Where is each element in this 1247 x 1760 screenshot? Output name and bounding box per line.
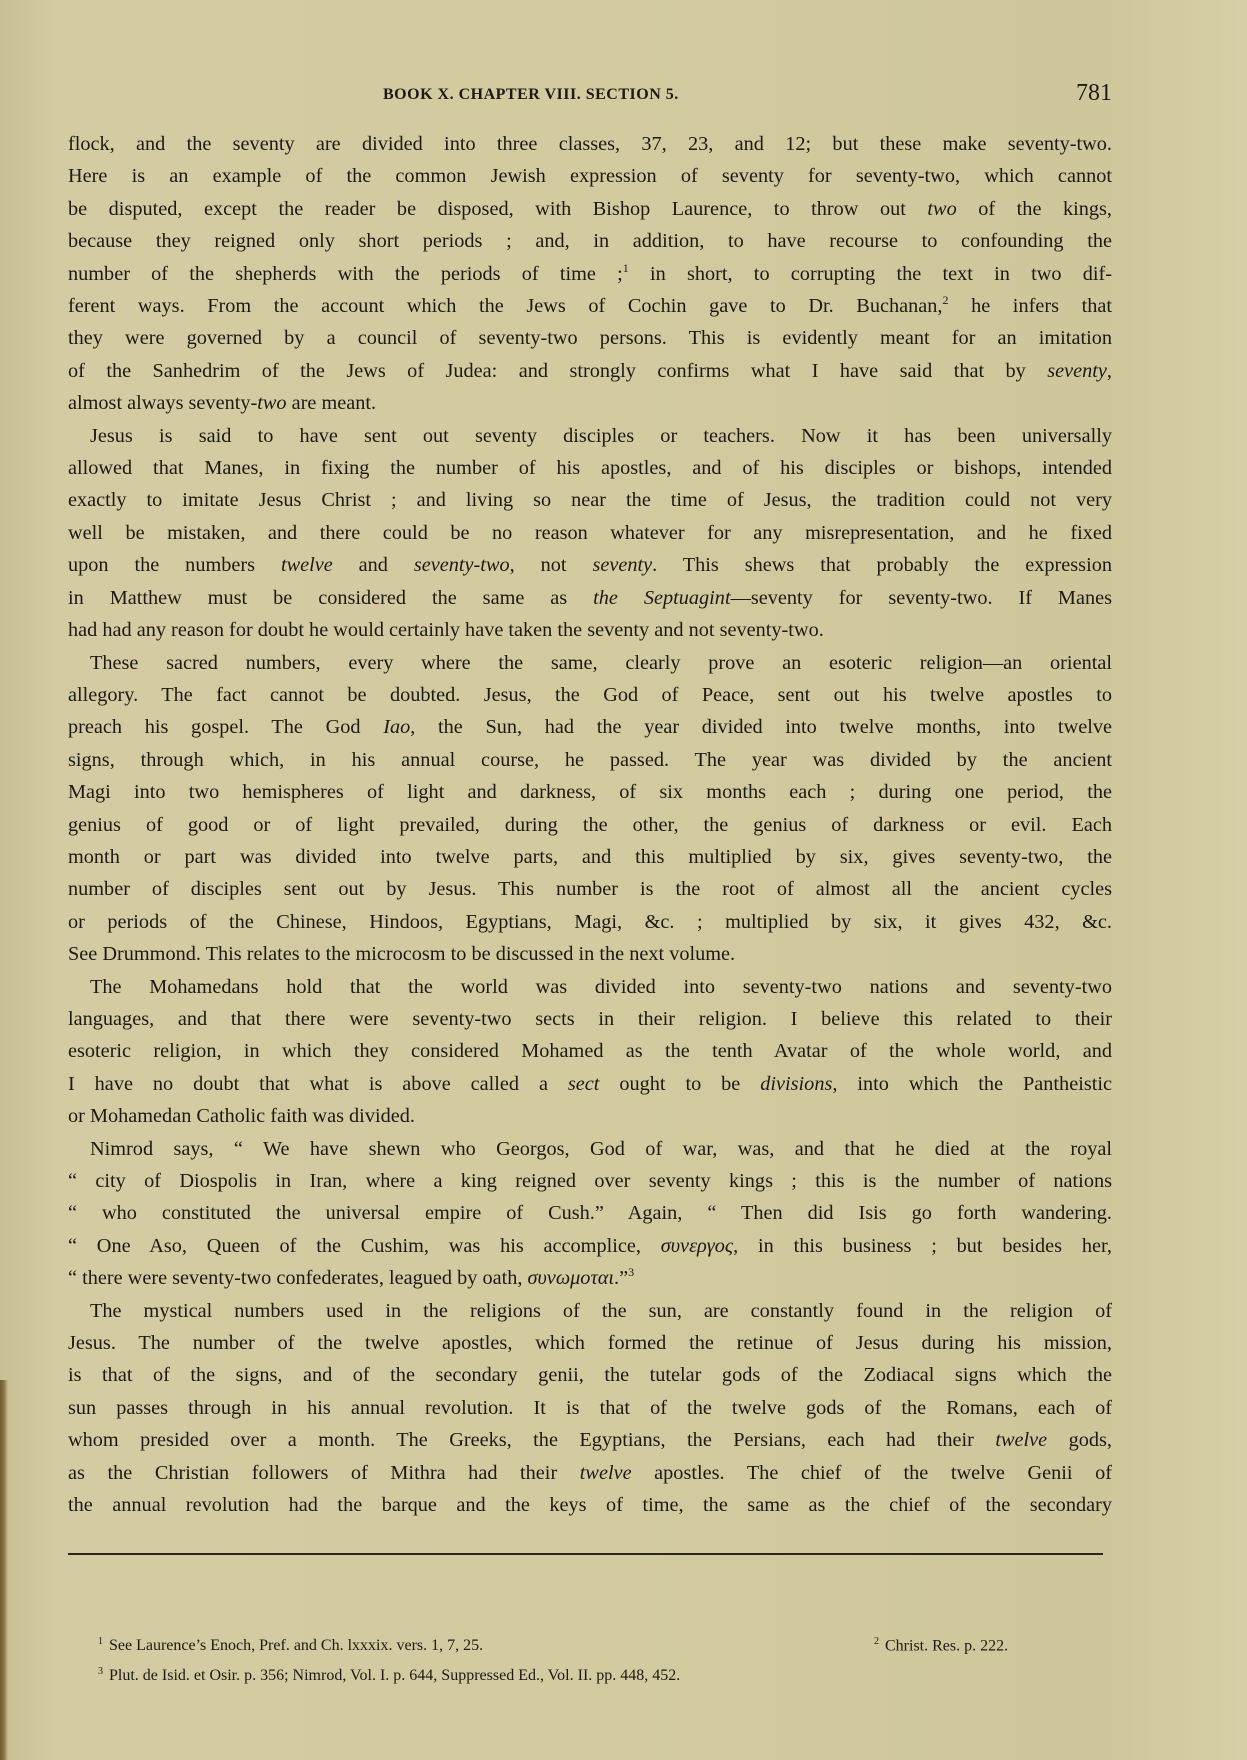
text-line: be disputed, except the reader be dispos… [68, 193, 1112, 225]
text-line: because they reigned only short periods … [68, 225, 1112, 257]
text-line: sun passes through in his annual revolut… [68, 1392, 1112, 1424]
text-line: whom presided over a month. The Greeks, … [68, 1424, 1112, 1456]
text-line: Jesus is said to have sent out seventy d… [68, 420, 1112, 452]
paragraph-2: Jesus is said to have sent out seventy d… [68, 420, 1112, 647]
text-line: See Drummond. This relates to the microc… [68, 938, 1112, 970]
text-line: languages, and that there were seventy-t… [68, 1003, 1112, 1035]
text-line: the annual revolution had the barque and… [68, 1489, 1112, 1521]
emphasis: seventy-two [414, 554, 510, 576]
footnote-3: 3Plut. de Isid. et Osir. p. 356; Nimrod,… [98, 1667, 680, 1684]
emphasis: seventy [592, 554, 652, 576]
text-line: upon the numbers twelve and seventy-two,… [68, 549, 1112, 581]
footnotes: 1See Laurence’s Enoch, Pref. and Ch. lxx… [98, 1627, 1098, 1687]
text-line: is that of the signs, and of the seconda… [68, 1359, 1112, 1391]
emphasis: twelve [995, 1429, 1047, 1451]
text-line: number of the shepherds with the periods… [68, 258, 1112, 290]
emphasis: two [257, 392, 286, 414]
emphasis: divisions [760, 1073, 832, 1095]
page-number: 781 [1076, 80, 1112, 107]
text-line: in Matthew must be considered the same a… [68, 582, 1112, 614]
text-line: or Mohamedan Catholic faith was divided. [68, 1100, 1112, 1132]
text-line: Jesus. The number of the twelve apostles… [68, 1327, 1112, 1359]
running-head: BOOK X. CHAPTER VIII. SECTION 5. 781 [68, 80, 1112, 110]
text-line: I have no doubt that what is above calle… [68, 1068, 1112, 1100]
text-line: had had any reason for doubt he would ce… [68, 614, 1112, 646]
text-line: Magi into two hemispheres of light and d… [68, 776, 1112, 808]
text-line: Here is an example of the common Jewish … [68, 160, 1112, 192]
text-line: allegory. The fact cannot be doubted. Je… [68, 679, 1112, 711]
emphasis: two [927, 198, 956, 220]
text-line: genius of good or of light prevailed, du… [68, 809, 1112, 841]
emphasis: Iao [383, 716, 410, 738]
text-line: signs, through which, in his annual cour… [68, 744, 1112, 776]
paragraph-6: The mystical numbers used in the religio… [68, 1295, 1112, 1522]
text-line: almost always seventy-two are meant. [68, 387, 1112, 419]
text-line: or periods of the Chinese, Hindoos, Egyp… [68, 906, 1112, 938]
footnote-1: 1See Laurence’s Enoch, Pref. and Ch. lxx… [98, 1637, 483, 1654]
text-line: flock, and the seventy are divided into … [68, 128, 1112, 160]
text-line: “ city of Diospolis in Iran, where a kin… [68, 1165, 1112, 1197]
emphasis: the Septuagint [593, 587, 730, 609]
text-line: ferent ways. From the account which the … [68, 290, 1112, 322]
text-line: number of disciples sent out by Jesus. T… [68, 873, 1112, 905]
emphasis: twelve [580, 1462, 632, 1484]
text-line: month or part was divided into twelve pa… [68, 841, 1112, 873]
text-line: preach his gospel. The God Iao, the Sun,… [68, 711, 1112, 743]
text-line: These sacred numbers, every where the sa… [68, 647, 1112, 679]
page-binding-edge [0, 1380, 8, 1760]
footnote-divider [68, 1553, 1103, 1555]
emphasis: seventy [1047, 360, 1107, 382]
body-text: flock, and the seventy are divided into … [68, 128, 1112, 1521]
text-line: allowed that Manes, in fixing the number… [68, 452, 1112, 484]
text-line: The Mohamedans hold that the world was d… [68, 971, 1112, 1003]
text-line: of the Sanhedrim of the Jews of Judea: a… [68, 355, 1112, 387]
text-line: “ there were seventy-two confederates, l… [68, 1262, 1112, 1294]
text-line: Nimrod says, “ We have shewn who Georgos… [68, 1133, 1112, 1165]
text-line: esoteric religion, in which they conside… [68, 1035, 1112, 1067]
paragraph-4: The Mohamedans hold that the world was d… [68, 971, 1112, 1133]
footnote-ref-3[interactable]: 3 [628, 1265, 634, 1279]
text-line: as the Christian followers of Mithra had… [68, 1457, 1112, 1489]
paragraph-5: Nimrod says, “ We have shewn who Georgos… [68, 1133, 1112, 1295]
running-title: BOOK X. CHAPTER VIII. SECTION 5. [383, 86, 679, 104]
greek-text: συνεργος [661, 1235, 733, 1257]
footnote-row: 1See Laurence’s Enoch, Pref. and Ch. lxx… [98, 1627, 1098, 1657]
text-line: exactly to imitate Jesus Christ ; and li… [68, 484, 1112, 516]
greek-text: συνωμοται [528, 1267, 615, 1289]
footnote-row: 3Plut. de Isid. et Osir. p. 356; Nimrod,… [98, 1657, 1098, 1687]
text-line: they were governed by a council of seven… [68, 322, 1112, 354]
text-line: “ One Aso, Queen of the Cushim, was his … [68, 1230, 1112, 1262]
emphasis: twelve [281, 554, 333, 576]
text-line: The mystical numbers used in the religio… [68, 1295, 1112, 1327]
paragraph-3: These sacred numbers, every where the sa… [68, 647, 1112, 971]
emphasis: sect [568, 1073, 600, 1095]
text-line: “ who constituted the universal empire o… [68, 1197, 1112, 1229]
paragraph-1: flock, and the seventy are divided into … [68, 128, 1112, 420]
text-line: well be mistaken, and there could be no … [68, 517, 1112, 549]
